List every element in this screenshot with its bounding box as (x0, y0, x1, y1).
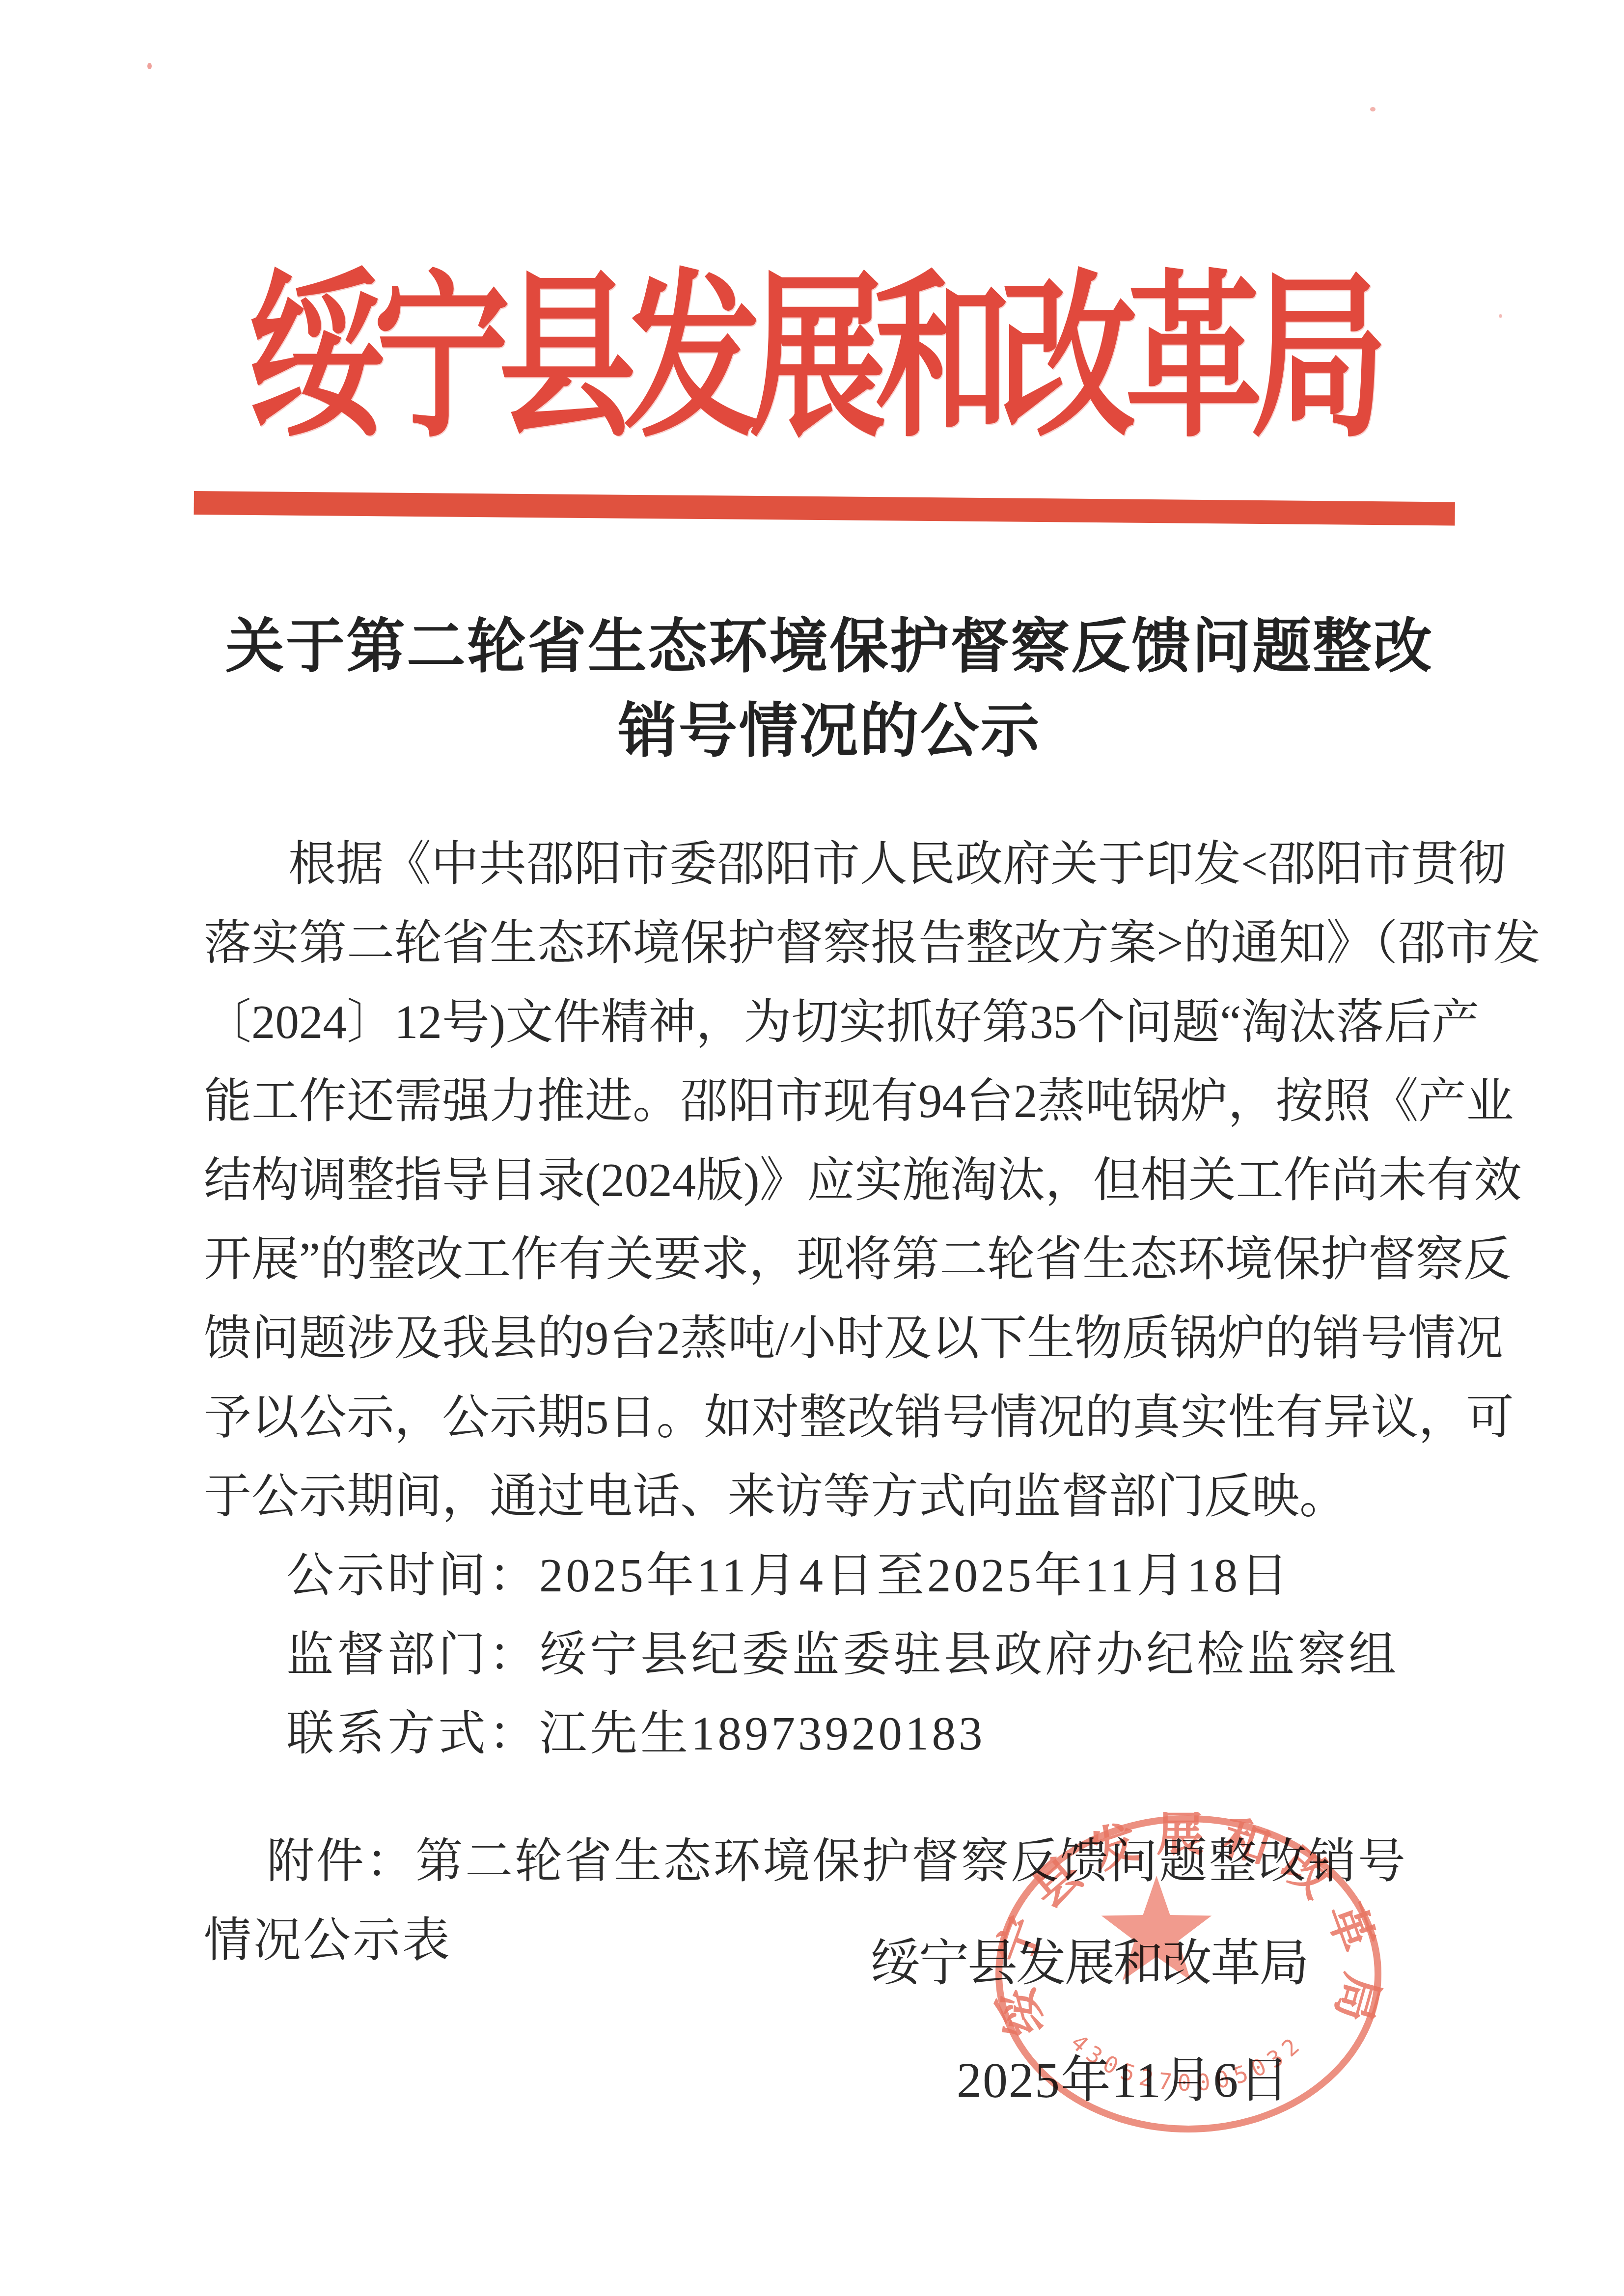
scan-speck (1499, 314, 1502, 318)
body-line: 〔2024〕12号)文件精神，为切实抓好第35个问题“淘汰落后产 (204, 983, 1455, 1062)
scan-speck (1370, 107, 1376, 111)
body-line: 开展”的整改工作有关要求，现将第二轮省生态环境保护督察反 (204, 1220, 1455, 1299)
official-seal: 绥宁县发展和改革局 4305270005032 (991, 1812, 1386, 2137)
body-line: 根据《中共邵阳市委邵阳市人民政府关于印发<邵阳市贯彻 (204, 824, 1455, 903)
contact-line: 联系方式：江先生18973920183 (204, 1694, 1455, 1773)
publicity-period-line: 公示时间：2025年11月4日至2025年11月18日 (204, 1536, 1455, 1615)
body-line: 于公示期间，通过电话、来访等方式向监督部门反映。 (204, 1457, 1455, 1536)
document-title: 关于第二轮省生态环境保护督察反馈问题整改 销号情况的公示 (204, 605, 1455, 774)
seal-code: 4305270005032 (1066, 2029, 1309, 2096)
red-divider-bar (194, 491, 1455, 525)
scan-speck (147, 63, 152, 69)
body-line: 予以公示，公示期5日。如对整改销号情况的真实性有异议，可 (204, 1378, 1455, 1457)
agency-letterhead: 绥宁县发展和改革局 (248, 271, 1265, 449)
svg-text:4305270005032: 4305270005032 (1066, 2029, 1309, 2096)
body-paragraph: 根据《中共邵阳市委邵阳市人民政府关于印发<邵阳市贯彻 落实第二轮省生态环境保护督… (204, 824, 1455, 1773)
body-line: 能工作还需强力推进。邵阳市现有94台2蒸吨锅炉，按照《产业 (204, 1062, 1455, 1141)
body-line: 馈问题涉及我县的9台2蒸吨/小时及以下生物质锅炉的销号情况 (204, 1299, 1455, 1378)
document-title-line2: 销号情况的公示 (204, 689, 1455, 774)
supervision-department-line: 监督部门：绥宁县纪委监委驻县政府办纪检监察组 (204, 1615, 1455, 1694)
body-line: 结构调整指导目录(2024版)》应实施淘汰，但相关工作尚未有效 (204, 1141, 1455, 1220)
document-title-line1: 关于第二轮省生态环境保护督察反馈问题整改 (204, 605, 1455, 689)
body-line: 落实第二轮省生态环境保护督察报告整改方案>的通知》（邵市发 (204, 903, 1455, 983)
document-page: { "palette": { "letterhead_red": "#e1493… (0, 0, 1624, 2296)
seal-star-icon (1101, 1876, 1211, 1981)
